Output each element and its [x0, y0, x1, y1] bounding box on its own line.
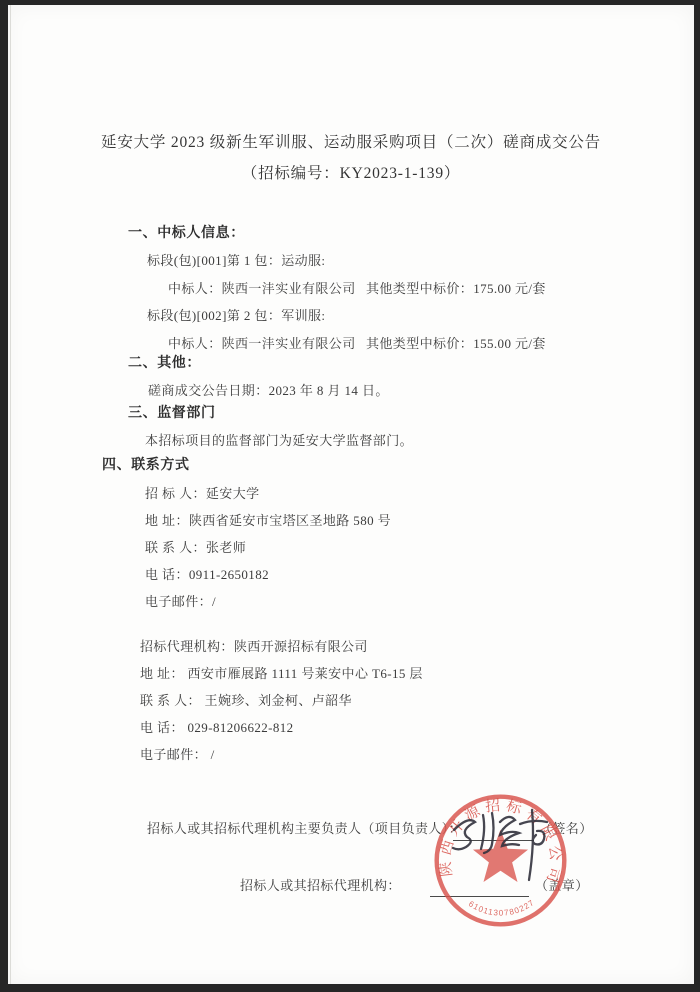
- document-page: 延安大学 2023 级新生军训服、运动服采购项目（二次）磋商成交公告 （招标编号…: [8, 5, 694, 984]
- tenderer-phone-label: 电 话：: [145, 567, 189, 582]
- tenderer-row: 电 话：0911-2650182: [145, 566, 269, 583]
- tenderer-email-value: /: [212, 594, 216, 609]
- lot-1-winner: 中标人：陕西一沣实业有限公司: [168, 280, 356, 297]
- section-1-heading: 一、中标人信息：: [128, 225, 245, 242]
- agency-email-value: /: [207, 747, 215, 762]
- supervision-body: 本招标项目的监督部门为延安大学监督部门。: [145, 432, 413, 449]
- tenderer-name-value: 延安大学: [206, 486, 260, 501]
- agency-phone-value: 029-81206622-812: [184, 720, 294, 735]
- tenderer-phone-value: 0911-2650182: [189, 567, 269, 582]
- tenderer-address-value: 陕西省延安市宝塔区圣地路 580 号: [189, 513, 391, 528]
- document-title: 延安大学 2023 级新生军训服、运动服采购项目（二次）磋商成交公告: [8, 130, 694, 152]
- svg-text:6101130780227: 6101130780227: [467, 898, 536, 918]
- agency-contact-value: 王婉珍、刘金柯、卢韶华: [201, 693, 352, 708]
- agency-address-label: 地 址：: [140, 666, 184, 681]
- agency-row: 联 系 人： 王婉珍、刘金柯、卢韶华: [140, 692, 352, 709]
- tenderer-email-label: 电子邮件：: [145, 594, 212, 609]
- tenderer-row: 招 标 人：延安大学: [145, 485, 260, 502]
- agency-row: 招标代理机构：陕西开源招标有限公司: [140, 638, 368, 655]
- tenderer-contact-value: 张老师: [206, 540, 246, 555]
- agency-row: 地 址： 西安市雁展路 1111 号莱安中心 T6-15 层: [140, 665, 423, 682]
- lot-2-winner: 中标人：陕西一沣实业有限公司: [168, 335, 356, 352]
- tenderer-row: 联 系 人：张老师: [145, 539, 246, 556]
- section-4-heading: 四、联系方式: [102, 457, 190, 474]
- lot-2-title: 标段(包)[002]第 2 包：军训服:: [147, 307, 325, 324]
- tenderer-contact-label: 联 系 人：: [145, 540, 206, 555]
- tender-number-subtitle: （招标编号：KY2023-1-139）: [8, 161, 694, 183]
- handwritten-signature: [440, 800, 555, 890]
- seal-serial-number: 6101130780227: [467, 898, 536, 918]
- agency-contact-label: 联 系 人：: [140, 693, 201, 708]
- section-3-heading: 三、监督部门: [128, 405, 216, 422]
- agency-row: 电子邮件： /: [140, 746, 215, 763]
- agency-name-value: 陕西开源招标有限公司: [234, 639, 368, 654]
- tenderer-row: 电子邮件：/: [145, 593, 216, 610]
- agency-seal-label: 招标人或其招标代理机构：: [240, 877, 401, 894]
- tenderer-row: 地 址：陕西省延安市宝塔区圣地路 580 号: [145, 512, 391, 529]
- agency-address-value: 西安市雁展路 1111 号莱安中心 T6-15 层: [184, 666, 423, 681]
- lot-2-price: 其他类型中标价：155.00 元/套: [366, 335, 546, 352]
- responsible-person-label: 招标人或其招标代理机构主要负责人（项目负责人）：: [147, 820, 462, 837]
- section-2-heading: 二、其他：: [128, 355, 201, 372]
- lot-1-price: 其他类型中标价：175.00 元/套: [366, 280, 546, 297]
- tenderer-name-label: 招 标 人：: [145, 486, 206, 501]
- tenderer-address-label: 地 址：: [145, 513, 189, 528]
- agency-name-label: 招标代理机构：: [140, 639, 234, 654]
- agency-phone-label: 电 话：: [140, 720, 184, 735]
- agency-row: 电 话： 029-81206622-812: [140, 719, 294, 736]
- lot-1-title: 标段(包)[001]第 1 包：运动服:: [147, 252, 325, 269]
- award-date-line: 磋商成交公告日期：2023 年 8 月 14 日。: [148, 382, 389, 399]
- scanned-document-background: { "document": { "title": "延安大学 2023 级新生军…: [0, 0, 700, 992]
- agency-email-label: 电子邮件：: [140, 747, 207, 762]
